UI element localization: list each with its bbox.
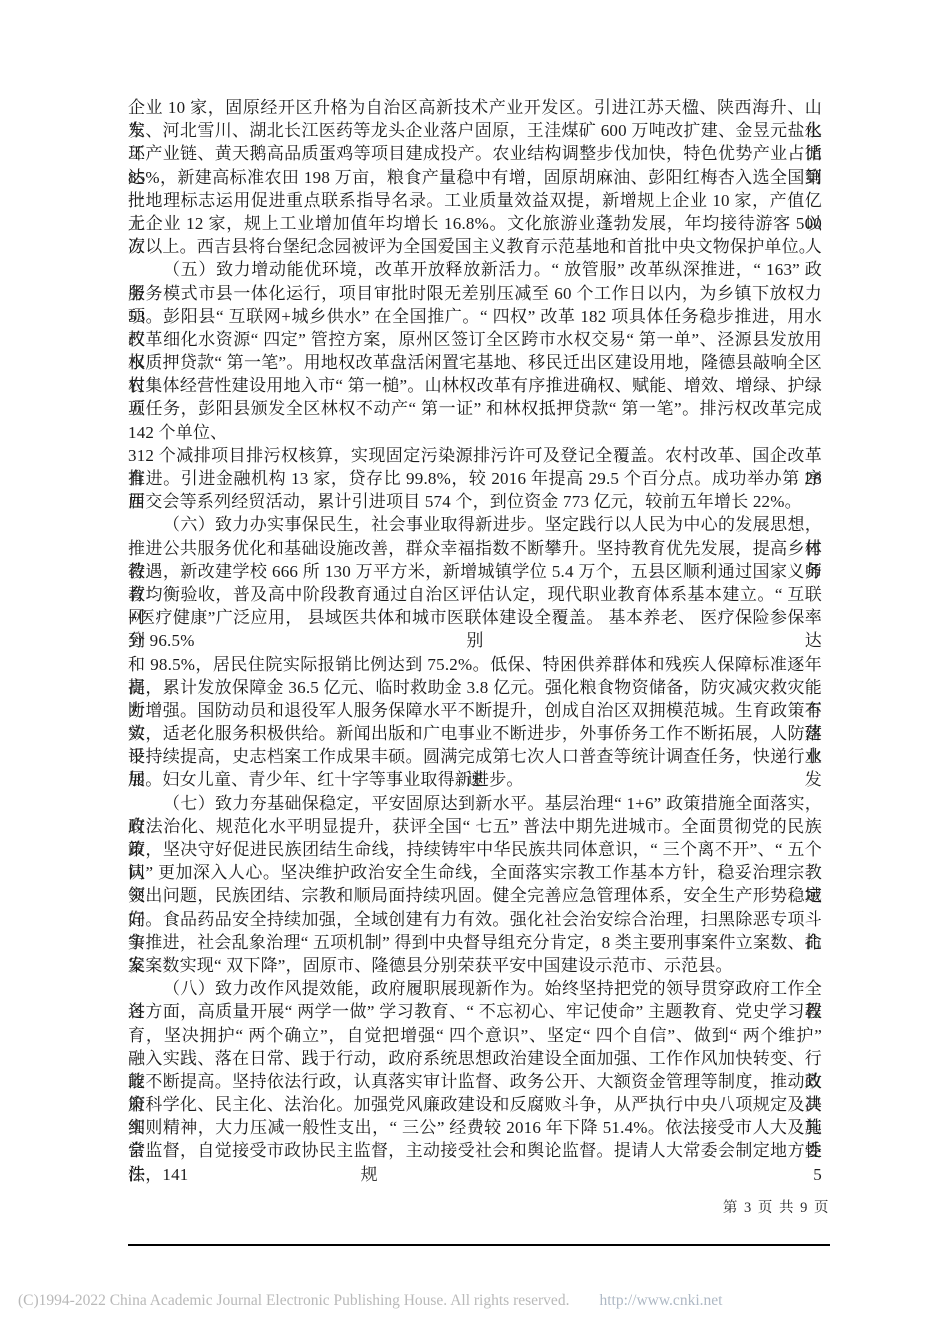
text-line: 发、河北雪川、湖北长江医药等龙头企业落户固原，王洼煤矿 600 万吨改扩建、金昱…	[128, 119, 822, 142]
text-line: 各方面，高质量开展“ 两学一做” 学习教育、“ 不忘初心、牢记使命” 主题教育、…	[128, 1000, 822, 1023]
text-line: 发案数实现“ 双下降”，固原市、隆德县分别荣获平安中国建设示范市、示范县。	[128, 954, 822, 977]
text-line: 高，累计发放保障金 36.5 亿元、临时救助金 3.8 亿元。强化粮食物资储备，…	[128, 676, 822, 699]
text-line: 西交会等系列经贸活动，累计引进项目 574 个，到位资金 773 亿元，较前五年…	[128, 490, 822, 513]
text-line: 平持续提高，史志档案工作成果丰硕。圆满完成第七次人口普查等统计调查任务，快递行业…	[128, 745, 822, 768]
text-line: 项。彭阳县“ 互联网+城乡供水” 在全国推广。“ 四权” 改革 182 项具体任…	[128, 305, 822, 328]
document-text-block: 企业 10 家，固原经开区升格为自治区高新技术产业开发区。引进江苏天楹、陕西海升…	[128, 96, 822, 1186]
text-line: 同” 更加深入人心。坚决维护政治安全生命线，全面落实宗教工作基本方针，稳妥治理宗…	[128, 861, 822, 884]
text-line: 育均衡验收，普及高中阶段教育通过自治区评估认定，现代职业教育体系基本建立。“ 互…	[128, 583, 822, 606]
text-line: 待遇，新改建学校 666 所 130 万平方米，新增城镇学位 5.4 万个，五县…	[128, 560, 822, 583]
text-line: 批地理标志运用促进重点联系指导名录。工业质量效益双提，新增规上企业 10 家，产…	[128, 189, 822, 212]
text-line: 142 个单位、	[128, 421, 822, 444]
text-line: 企业 10 家，固原经开区升格为自治区高新技术产业开发区。引进江苏天楹、陕西海升…	[128, 96, 822, 119]
text-line-paragraph-start: （八）致力改作风提效能，政府履职展现新作为。始终坚持把党的领导贯穿政府工作全过程	[128, 977, 822, 1000]
text-line: 实推进，社会乱象治理“ 五项机制” 得到中央督导组充分肯定，8 类主要刑事案件立…	[128, 931, 822, 954]
text-line-paragraph-start: （六）致力办实事保民生，社会事业取得新进步。坚定践行以人民为中心的发展思想，一体	[128, 513, 822, 536]
text-line: 实，适老化服务积极供给。新闻出版和广电事业不断进步，外事侨务工作不断拓展，人防建…	[128, 722, 822, 745]
text-line: 细则精神，大力压减一般性支出，“ 三公” 经费较 2016 年下降 51.4%。…	[128, 1116, 822, 1139]
copyright-notice: (C)1994-2022 China Academic Journal Elec…	[18, 1292, 569, 1309]
text-line: 策科学化、民主化、法治化。加强党风廉政建设和反腐败斗争，从严执行中央八项规定及其…	[128, 1093, 822, 1116]
text-line: 项任务，彭阳县颁发全区林权不动产“ 第一证” 和林权抵押贷款“ 第一笔”。排污权…	[128, 397, 822, 420]
text-line: 环产业链、黄天鹅高品质蛋鸡等项目建成投产。农业结构调整步伐加快，特色优势产业占比…	[128, 142, 822, 165]
text-line: 好。食品药品安全持续加强，全域创建有力有效。强化社会治安综合治理，扫黑除恶专项斗…	[128, 908, 822, 931]
text-line: 次以上。西吉县将台堡纪念园被评为全国爱国主义教育示范基地和首批中央文物保护单位。	[128, 235, 822, 258]
text-line: 断增强。国防动员和退役军人服务保障水平不断提升，创成自治区双拥模范城。生育政策有…	[128, 699, 822, 722]
text-line: 府法治化、规范化水平明显提升，获评全国“ 七五” 普法中期先进城市。全面贯彻党的…	[128, 815, 822, 838]
text-line: 能不断提高。坚持依法行政，认真落实审计监督、政务公开、大额资金管理等制度，推动政…	[128, 1070, 822, 1093]
text-line: 和 98.5%，居民住院实际报销比例达到 75.2%。低保、特困供养群体和残疾人…	[128, 653, 822, 676]
text-line: 推进。引进金融机构 13 家，贷存比 99.8%，较 2016 年提高 29.5…	[128, 467, 822, 490]
text-line: 85%，新建高标准农田 198 万亩，粮食产量稳中有增，固原胡麻油、彭阳红梅杏入…	[128, 166, 822, 189]
text-line: 推进公共服务优化和基础设施改善，群众幸福指数不断攀升。坚持教育优先发展，提高乡村…	[128, 537, 822, 560]
text-line: 突出问题，民族团结、宗教和顺局面持续巩固。健全完善应急管理体系，安全生产形势稳定…	[128, 884, 822, 907]
text-line: 育，坚决拥护“ 两个确立”，自觉把增强“ 四个意识”、坚定“ 四个自信”、做到“…	[128, 1024, 822, 1047]
text-line: 村集体经营性建设用地入市“ 第一槌”。山林权改革有序推进确权、赋能、增效、增绿、…	[128, 374, 822, 397]
text-line: 融入实践、落在日常、践于行动，政府系统思想政治建设全面加强、工作作风加快转变、行…	[128, 1047, 822, 1070]
text-line-paragraph-start: （七）致力夯基础保稳定，平安固原达到新水平。基层治理“ 1+6” 政策措施全面落…	[128, 792, 822, 815]
text-line: 策，坚决守好促进民族团结生命线，持续铸牢中华民族共同体意识，“ 三个离不开”、“…	[128, 838, 822, 861]
page-number: 第 3 页 共 9 页	[128, 1196, 830, 1217]
text-line-paragraph-start: （五）致力增动能优环境，改革开放释放新活力。“ 放管服” 改革纵深推进，“ 16…	[128, 258, 822, 281]
footer-divider-rule	[128, 1244, 830, 1246]
text-line: 312 个减排项目排污权核算，实现固定污染源排污许可及登记全覆盖。农村改革、国企…	[128, 444, 822, 467]
text-line: 服务模式市县一体化运行，项目审批时限无差别压减至 60 个工作日以内，为乡镇下放…	[128, 282, 822, 305]
text-line: 上企业 12 家，规上工业增加值年均增长 16.8%。文化旅游业蓬勃发展，年均接…	[128, 212, 822, 235]
text-line: +医疗健康”广泛应用， 县域医共体和城市医联体建设全覆盖。 基本养老、 医疗保险…	[128, 606, 822, 629]
text-line: 权质押贷款“ 第一笔”。用地权改革盘活闲置宅基地、移民迁出区建设用地，隆德县敲响…	[128, 351, 822, 374]
cnki-url: http://www.cnki.net	[599, 1292, 722, 1309]
copyright-watermark: (C)1994-2022 China Academic Journal Elec…	[18, 1292, 932, 1310]
text-line: 改革细化水资源“ 四定” 管控方案，原州区签订全区跨市水权交易“ 第一单”、泾源…	[128, 328, 822, 351]
text-line: 会监督，自觉接受市政协民主监督，主动接受社会和舆论监督。提请人大常委会制定地方性…	[128, 1139, 822, 1162]
